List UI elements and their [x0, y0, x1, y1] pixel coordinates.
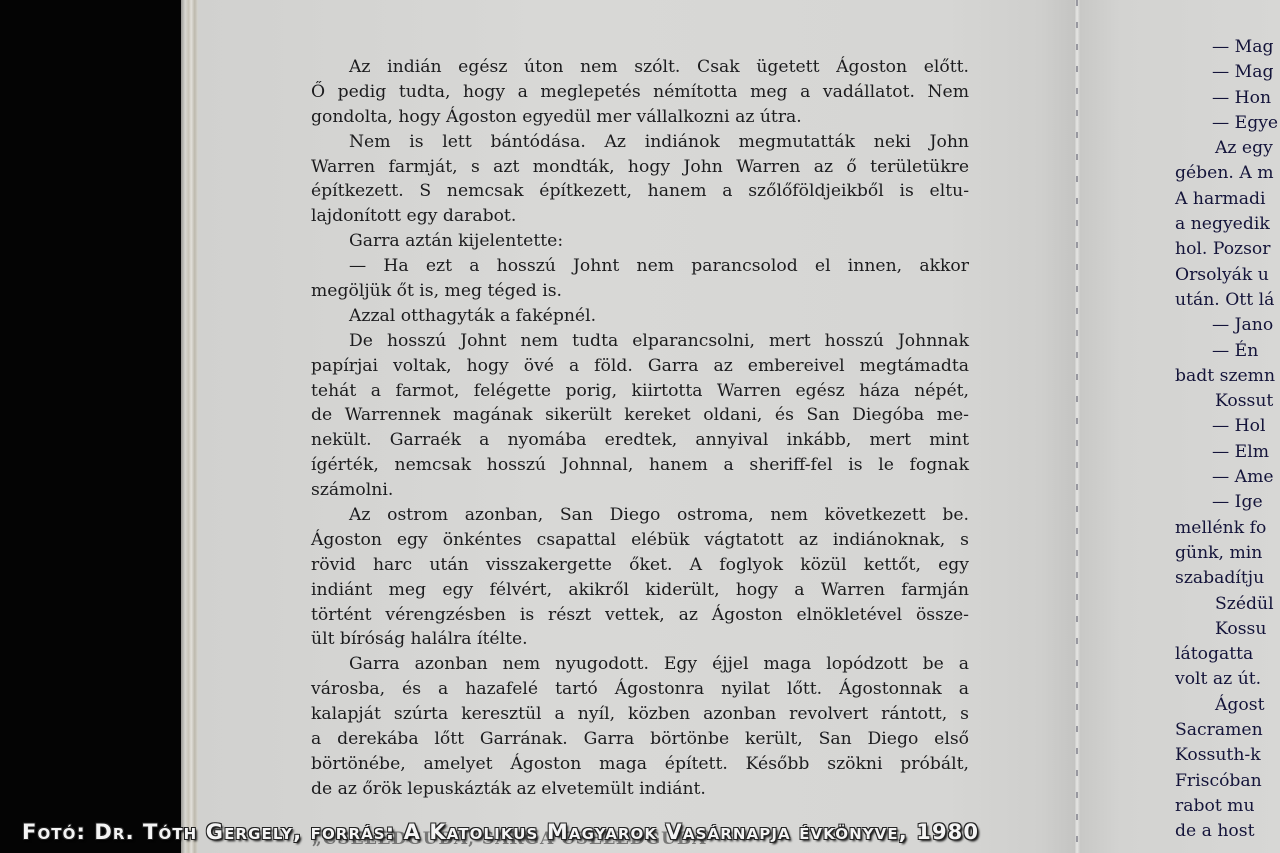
text-line: Szédül — [1175, 592, 1280, 617]
text-line: — Jano — [1175, 313, 1280, 338]
text-line: — Hol — [1175, 414, 1280, 439]
text-line: — Elm — [1175, 440, 1280, 465]
text-line: — Ige — [1175, 490, 1280, 515]
text-line: günk, min — [1175, 541, 1280, 566]
text-line: gondolta, hogy Ágoston egyedül mer válla… — [311, 105, 969, 130]
text-line: Warren farmját, s azt mondták, hogy John… — [311, 155, 969, 180]
right-page-text: — Mag— Mag— Hon— EgyeAz egygében. A mA h… — [1175, 35, 1280, 845]
text-line: börtönébe, amelyet Ágoston maga épített.… — [311, 752, 969, 777]
text-line: Garra aztán kijelentette: — [311, 229, 969, 254]
text-line: — Én — [1175, 339, 1280, 364]
page-edges — [181, 0, 198, 853]
text-line: szabadítju — [1175, 566, 1280, 591]
text-line: után. Ott lá — [1175, 288, 1280, 313]
text-line: megöljük őt is, meg téged is. — [311, 279, 969, 304]
text-line: A harmadi — [1175, 187, 1280, 212]
text-line: de Warrennek magának sikerült kereket ol… — [311, 403, 969, 428]
text-line: badt szemn — [1175, 364, 1280, 389]
text-line: Sacramen — [1175, 718, 1280, 743]
text-line: Ágost — [1175, 693, 1280, 718]
text-line: Ágoston egy önkéntes csapattal elébük vá… — [311, 528, 969, 553]
text-line: történt vérengzésben is részt vettek, az… — [311, 603, 969, 628]
text-line: Kossu — [1175, 617, 1280, 642]
binding-stitch — [1076, 0, 1078, 853]
text-line: Nem is lett bántódása. Az indiánok megmu… — [311, 130, 969, 155]
text-line: ígérték, nemcsak hosszú Johnnal, hanem a… — [311, 453, 969, 478]
text-line: De hosszú Johnt nem tudta elparancsolni,… — [311, 329, 969, 354]
text-line: — Mag — [1175, 35, 1280, 60]
text-line: Az ostrom azonban, San Diego ostroma, ne… — [311, 503, 969, 528]
text-line: mellénk fo — [1175, 516, 1280, 541]
text-line: Orsolyák u — [1175, 263, 1280, 288]
text-line: a negyedik — [1175, 212, 1280, 237]
text-line: gében. A m — [1175, 161, 1280, 186]
text-line: indiánt meg egy félvért, akikről kiderül… — [311, 578, 969, 603]
left-page-text: Az indián egész úton nem szólt. Csak üge… — [311, 55, 969, 802]
text-line: Azzal otthagyták a faképnél. — [311, 304, 969, 329]
text-line: — Hon — [1175, 86, 1280, 111]
photo-caption: Fotó: Dr. Tóth Gergely, forrás: A Katoli… — [22, 820, 979, 844]
text-line: — Mag — [1175, 60, 1280, 85]
text-line: de az őrök lepuskázták az elvetemült ind… — [311, 777, 969, 802]
text-line: ült bíróság halálra ítélte. — [311, 627, 969, 652]
text-line: Friscóban — [1175, 769, 1280, 794]
text-line: hol. Pozsor — [1175, 237, 1280, 262]
text-line: építkezett. S nemcsak építkezett, hanem … — [311, 179, 969, 204]
text-line: számolni. — [311, 478, 969, 503]
text-line: de a host — [1175, 819, 1280, 844]
text-line: — Ame — [1175, 465, 1280, 490]
text-line: Kossut — [1175, 389, 1280, 414]
text-line: tehát a farmot, felégette porig, kiirtot… — [311, 379, 969, 404]
text-line: — Ha ezt a hosszú Johnt nem parancsolod … — [311, 254, 969, 279]
text-line: rövid harc után visszakergette őket. A f… — [311, 553, 969, 578]
text-line: papírjai voltak, hogy övé a föld. Garra … — [311, 354, 969, 379]
text-line: rabot mu — [1175, 794, 1280, 819]
text-line: lajdonított egy darabot. — [311, 204, 969, 229]
text-line: nekült. Garraék a nyomába eredtek, annyi… — [311, 428, 969, 453]
text-line: Az indián egész úton nem szólt. Csak üge… — [311, 55, 969, 80]
text-line: Kossuth-k — [1175, 743, 1280, 768]
text-line: látogatta — [1175, 642, 1280, 667]
text-line: városba, és a hazafelé tartó Ágostonra n… — [311, 677, 969, 702]
text-line: volt az út. — [1175, 667, 1280, 692]
text-line: Ő pedig tudta, hogy a meglepetés némítot… — [311, 80, 969, 105]
text-line: kalapját szúrta keresztül a nyíl, közben… — [311, 702, 969, 727]
text-line: — Egye — [1175, 111, 1280, 136]
text-line: a derekába lőtt Garrának. Garra börtönbe… — [311, 727, 969, 752]
text-line: Garra azonban nem nyugodott. Egy éjjel m… — [311, 652, 969, 677]
text-line: Az egy — [1175, 136, 1280, 161]
dark-background — [0, 0, 182, 853]
